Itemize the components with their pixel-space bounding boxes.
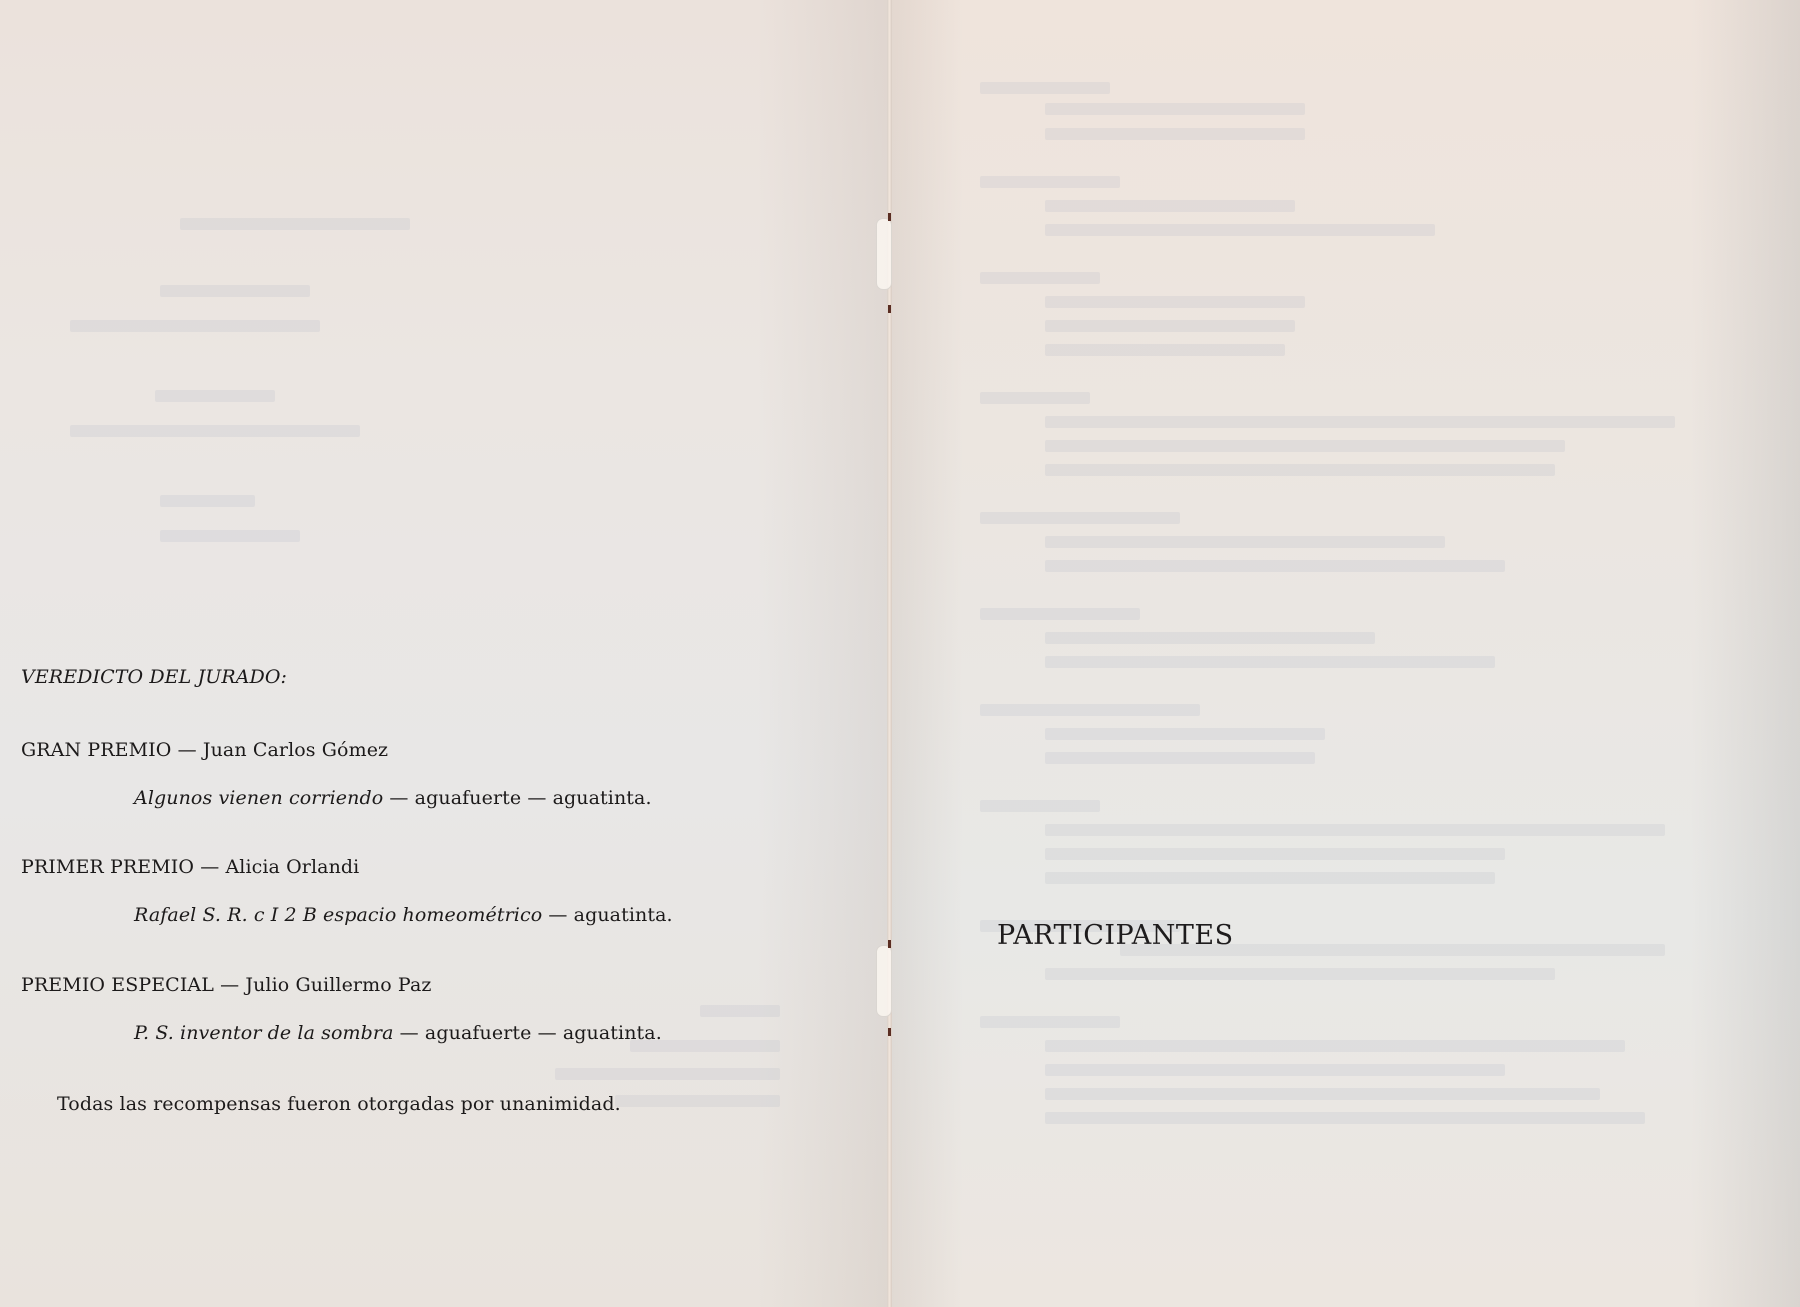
right-page: PARTICIPANTES [890,0,1800,1307]
show-through-text [1045,440,1565,452]
booklet-spread: VEREDICTO DEL JURADO: GRAN PREMIO — Juan… [0,0,1800,1307]
staple-bottom [876,945,892,1017]
show-through-text [1045,728,1325,740]
show-through-text [1045,320,1295,332]
show-through-text [980,1016,1120,1028]
show-through-text [1045,632,1375,644]
show-through-text [1045,103,1305,115]
show-through-text [1045,752,1315,764]
work-line-premio-especial: P. S. inventor de la sombra — aguafuerte… [134,1022,662,1044]
separator: — [200,856,219,878]
show-through-text [980,608,1140,620]
work-title: P. S. inventor de la sombra [134,1022,394,1044]
show-through-text [1045,656,1495,668]
work-line-gran-premio: Algunos vienen corriendo — aguafuerte — … [134,787,652,809]
show-through-text [615,1095,780,1107]
winner-name: Julio Guillermo Paz [245,974,431,996]
show-through-text [1045,872,1495,884]
show-through-text [980,512,1180,524]
show-through-text [980,176,1120,188]
staple-hole [888,940,891,948]
show-through-text [980,272,1100,284]
show-through-text [980,800,1100,812]
show-through-text [555,1068,780,1080]
show-through-text [1045,416,1675,428]
show-through-text [1045,560,1505,572]
work-title: Algunos vienen corriendo [134,787,383,809]
show-through-text [1045,224,1435,236]
staple-hole [888,305,891,313]
separator: — [389,787,408,809]
show-through-text [155,390,275,402]
show-through-text [1045,128,1305,140]
book-spine [887,0,892,1307]
show-through-text [160,495,255,507]
show-through-text [1045,1088,1600,1100]
separator: — [220,974,239,996]
separator: — [548,904,567,926]
winner-name: Alicia Orlandi [225,856,359,878]
show-through-text [1045,344,1285,356]
award-line-gran-premio: GRAN PREMIO — Juan Carlos Gómez [21,739,388,761]
award-line-premio-especial: PREMIO ESPECIAL — Julio Guillermo Paz [21,974,431,996]
show-through-text [160,530,300,542]
prize-name: PREMIO ESPECIAL [21,974,214,996]
show-through-text [180,218,410,230]
work-technique: aguatinta. [574,904,673,926]
show-through-text [1045,200,1295,212]
show-through-text [160,285,310,297]
prize-name: PRIMER PREMIO [21,856,194,878]
show-through-text [70,320,320,332]
work-technique: aguafuerte — aguatinta. [425,1022,662,1044]
left-page: VEREDICTO DEL JURADO: GRAN PREMIO — Juan… [0,0,890,1307]
show-through-text [1045,296,1305,308]
show-through-text [700,1005,780,1017]
show-through-text [1045,464,1555,476]
participants-heading: PARTICIPANTES [997,920,1234,951]
show-through-text [1045,1040,1625,1052]
staple-top [876,218,892,290]
show-through-text [980,82,1110,94]
work-line-primer-premio: Rafael S. R. c I 2 B espacio homeométric… [134,904,673,926]
staple-hole [888,1028,891,1036]
show-through-text [70,425,360,437]
prize-name: GRAN PREMIO [21,739,171,761]
section-title: VEREDICTO DEL JURADO: [21,666,287,688]
work-title: Rafael S. R. c I 2 B espacio homeométric… [134,904,542,926]
work-technique: aguafuerte — aguatinta. [415,787,652,809]
show-through-text [1045,848,1505,860]
show-through-text [1045,1112,1645,1124]
separator: — [400,1022,419,1044]
show-through-text [1045,968,1555,980]
show-through-text [980,392,1090,404]
show-through-text [1045,1064,1505,1076]
staple-hole [888,213,891,221]
award-line-primer-premio: PRIMER PREMIO — Alicia Orlandi [21,856,359,878]
separator: — [178,739,197,761]
show-through-text [1045,824,1665,836]
closing-note: Todas las recompensas fueron otorgadas p… [57,1093,621,1115]
winner-name: Juan Carlos Gómez [203,739,388,761]
show-through-text [1045,536,1445,548]
show-through-text [980,704,1200,716]
